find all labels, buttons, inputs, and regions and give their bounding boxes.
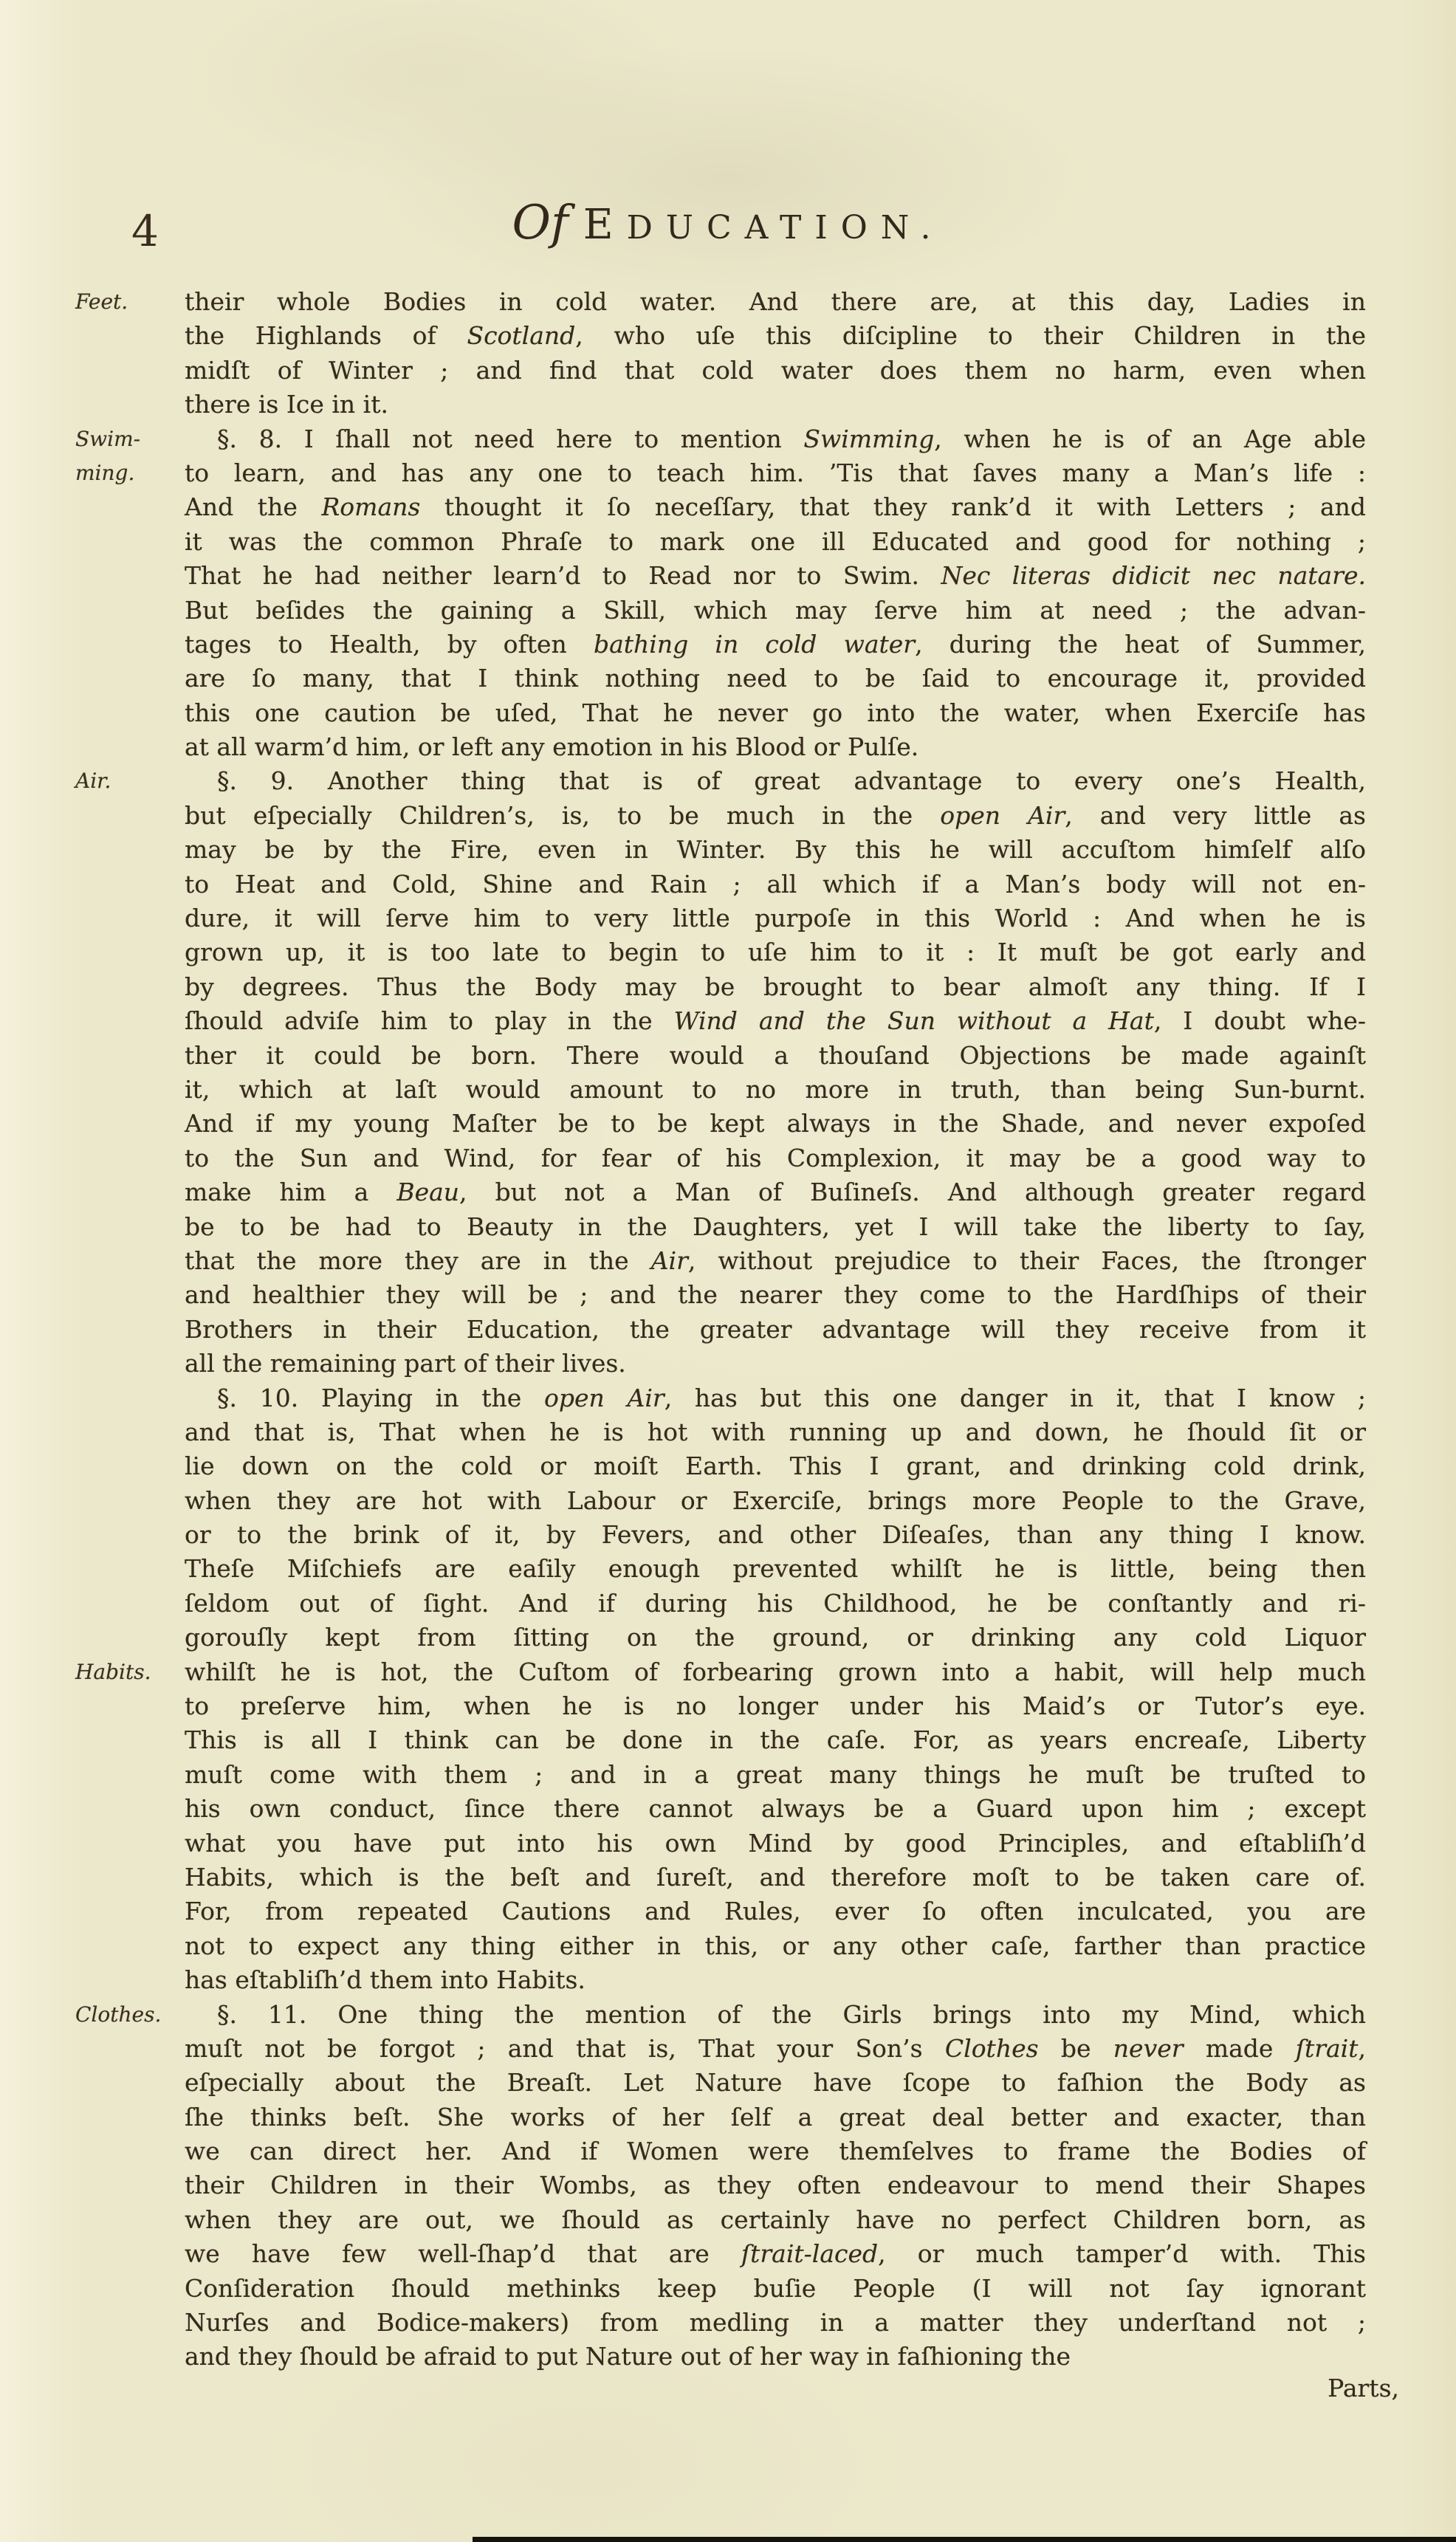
text-line: may be by the Fire, even in Winter. By t… [185,833,1366,867]
margin-note: ming. [75,456,180,490]
text-line: That he had neither learn’d to Read nor … [185,559,1366,593]
body-text: when they are out, we ſhould as certainl… [185,2205,1366,2234]
body-text: there is Ice in it. [185,390,388,419]
text-line: ſhould adviſe him to play in the Wind an… [185,1004,1366,1038]
text-line: there is Ice in it. [185,388,1366,422]
body-text: Brothers in their Education, the greater… [185,1315,1366,1344]
body-text: §. 10. Playing in the [217,1384,544,1412]
text-block: Feet.their whole Bodies in cold water. A… [185,285,1366,2374]
body-text: And if my young Maſter be to be kept alw… [185,1109,1366,1138]
body-text: Habits, which is the beſt and ſureſt, an… [185,1863,1366,1892]
body-text: muſt not be forgot ; and that is, That y… [185,2034,945,2063]
text-line: at all warm’d him, or left any emotion i… [185,730,1366,764]
body-text: §. 11. One thing the mention of the Girl… [217,2000,1366,2029]
emphasis-text: open Air [940,801,1065,830]
text-line: but eſpecially Children’s, is, to be muc… [185,799,1366,833]
body-text: This is all I think can be done in the c… [185,1725,1366,1754]
body-text: , and very little as [1065,801,1366,830]
body-text: , but not a Man of Buſineſs. And althoug… [459,1178,1366,1206]
text-line: has eſtabliſh’d them into Habits. [185,1963,1366,1997]
body-text: grown up, it is too late to begin to uſe… [185,938,1366,966]
emphasis-text: Wind and the Sun without a Hat [674,1006,1154,1035]
body-text: Theſe Miſchiefs are eaſily enough preven… [185,1554,1366,1583]
margin-note: Habits. [75,1655,180,1689]
emphasis-text: Nec literas didicit nec natare. [941,561,1366,590]
header-of: Of [512,196,569,250]
text-line: we can direct her. And if Women were the… [185,2134,1366,2168]
text-line: grown up, it is too late to begin to uſe… [185,935,1366,969]
body-text: whilſt he is hot, the Cuſtom of forbeari… [185,1658,1366,1686]
body-text: and healthier they will be ; and the nea… [185,1280,1366,1309]
text-line: eſpecially about the Breaſt. Let Nature … [185,2066,1366,2100]
body-text: at all warm’d him, or left any emotion i… [185,732,918,761]
text-line: Brothers in their Education, the greater… [185,1313,1366,1347]
body-text: , when he is of an Age able [934,425,1366,453]
text-line: Habits.whilſt he is hot, the Cuſtom of f… [185,1655,1366,1689]
emphasis-text: Romans [321,492,420,521]
body-text: For, from repeated Cautions and Rules, e… [185,1897,1366,1926]
text-line: dure, it will ſerve him to very little p… [185,901,1366,935]
body-text: all the remaining part of their lives. [185,1349,626,1378]
body-text: has eſtabliſh’d them into Habits. [185,1965,586,1994]
body-text: But beſides the gaining a Skill, which m… [185,596,1366,625]
body-text: eſpecially about the Breaſt. Let Nature … [185,2068,1366,2097]
body-text: to Heat and Cold, Shine and Rain ; all w… [185,870,1366,899]
body-text: gorouſly kept from ſitting on the ground… [185,1623,1366,1652]
text-line: ſeldom out of ſight. And if during his C… [185,1587,1366,1621]
body-text: to preſerve him, when he is no longer un… [185,1691,1366,1720]
text-line: we have few well-ſhap’d that are ſtrait-… [185,2237,1366,2271]
text-line: ſhe thinks beſt. She works of her ſelf a… [185,2100,1366,2134]
text-line: Swim-§. 8. I ſhall not need here to ment… [185,422,1366,456]
body-text: ther it could be born. There would a tho… [185,1041,1366,1070]
body-text: §. 9. Another thing that is of great adv… [217,766,1366,795]
body-text: And the [185,492,321,521]
text-line: by degrees. Thus the Body may be brought… [185,970,1366,1004]
body-text: their Children in their Wombs, as they o… [185,2171,1366,2199]
body-text: by degrees. Thus the Body may be brought… [185,972,1366,1001]
header-title-initial: E [583,201,627,249]
body-text: make him a [185,1178,396,1206]
body-text: to learn, and has any one to teach him. … [185,458,1366,487]
book-page: 4 OfEDUCATION. Feet.their whole Bodies i… [0,0,1456,2542]
body-text: his own conduct, ſince there cannot alwa… [185,1794,1366,1823]
text-line: muſt not be forgot ; and that is, That y… [185,2032,1366,2066]
body-text: dure, it will ſerve him to very little p… [185,904,1366,932]
body-text: to the Sun and Wind, for fear of his Com… [185,1144,1366,1172]
header-title: DUCATION. [627,209,944,247]
text-line: Conſideration ſhould methinks keep buſie… [185,2272,1366,2306]
text-line: his own conduct, ſince there cannot alwa… [185,1792,1366,1826]
body-text: it, which at laſt would amount to no mor… [185,1075,1366,1104]
page-header: OfEDUCATION. [0,199,1456,247]
text-line: the Highlands of Scotland, who uſe this … [185,319,1366,353]
body-text: tages to Health, by often [185,630,594,659]
text-line: Habits, which is the beſt and ſureſt, an… [185,1861,1366,1895]
emphasis-text: Beau [396,1178,459,1206]
text-line: are ſo many, that I think nothing need t… [185,662,1366,695]
body-text: are ſo many, that I think nothing need t… [185,664,1366,693]
body-text: but eſpecially Children’s, is, to be muc… [185,801,940,830]
text-line: muſt come with them ; and in a great man… [185,1758,1366,1792]
margin-note: Swim- [75,422,180,456]
text-line: lie down on the cold or moiſt Earth. Thi… [185,1449,1366,1483]
text-line: their Children in their Wombs, as they o… [185,2168,1366,2202]
body-text: or to the brink of it, by Fevers, and ot… [185,1520,1366,1549]
body-text: ſhould adviſe him to play in the [185,1006,674,1035]
body-text: , who uſe this diſcipline to their Child… [575,321,1366,350]
body-text: this one caution be uſed, That he never … [185,698,1366,727]
text-line: it, which at laſt would amount to no mor… [185,1073,1366,1107]
text-line: not to expect any thing either in this, … [185,1929,1366,1963]
text-line: when they are hot with Labour or Exerciſ… [185,1484,1366,1518]
body-text: be to be had to Beauty in the Daughters,… [185,1212,1366,1241]
text-line: And the Romans thought it ſo neceſſary, … [185,490,1366,524]
text-line: Feet.their whole Bodies in cold water. A… [185,285,1366,319]
body-text: lie down on the cold or moiſt Earth. Thi… [185,1452,1366,1480]
text-line: Air.§. 9. Another thing that is of great… [185,764,1366,798]
emphasis-text: ſtrait-laced [741,2239,878,2268]
body-text: §. 8. I ſhall not need here to mention [217,425,803,453]
emphasis-text: Scotland [467,321,575,350]
body-text: ſhe thinks beſt. She works of her ſelf a… [185,2103,1366,2131]
body-text: and that is, That when he is hot with ru… [185,1418,1366,1446]
body-text: ſeldom out of ſight. And if during his C… [185,1589,1366,1618]
text-line: But beſides the gaining a Skill, which m… [185,594,1366,628]
body-text: , without prejudice to their Faces, the … [688,1246,1366,1275]
body-text: may be by the Fire, even in Winter. By t… [185,835,1366,864]
body-text: muſt come with them ; and in a great man… [185,1760,1366,1789]
text-line: Theſe Miſchiefs are eaſily enough preven… [185,1552,1366,1586]
body-text: made [1184,2034,1296,2063]
text-line: ming.to learn, and has any one to teach … [185,456,1366,490]
text-line: This is all I think can be done in the c… [185,1723,1366,1757]
body-text: their whole Bodies in cold water. And th… [185,287,1366,316]
text-line: Nurſes and Bodice-makers) from medling i… [185,2306,1366,2340]
body-text: , has but this one danger in it, that I … [665,1384,1366,1412]
text-line: that the more they are in the Air, witho… [185,1244,1366,1278]
body-text: , I doubt whe- [1154,1006,1366,1035]
text-line: all the remaining part of their lives. [185,1347,1366,1381]
text-line: And if my young Maſter be to be kept alw… [185,1107,1366,1141]
text-line: be to be had to Beauty in the Daughters,… [185,1210,1366,1244]
text-line: this one caution be uſed, That he never … [185,696,1366,730]
emphasis-text: ſtrait [1296,2034,1359,2063]
body-text: midſt of Winter ; and find that cold wat… [185,356,1366,385]
emphasis-text: open Air [544,1384,665,1412]
text-line: Clothes.§. 11. One thing the mention of … [185,1998,1366,2032]
margin-note: Clothes. [75,1998,180,2032]
text-line: ther it could be born. There would a tho… [185,1039,1366,1073]
text-line: For, from repeated Cautions and Rules, e… [185,1895,1366,1928]
text-line: when they are out, we ſhould as certainl… [185,2203,1366,2237]
text-line: it was the common Phraſe to mark one ill… [185,525,1366,559]
text-line: or to the brink of it, by Fevers, and ot… [185,1518,1366,1552]
text-line: gorouſly kept from ſitting on the ground… [185,1621,1366,1655]
text-line: midſt of Winter ; and find that cold wat… [185,354,1366,388]
catchword: Parts, [1328,2371,1399,2405]
body-text: it was the common Phraſe to mark one ill… [185,527,1366,556]
text-line: and healthier they will be ; and the nea… [185,1278,1366,1312]
body-text: thought it ſo neceſſary, that they rank’… [420,492,1366,521]
emphasis-text: Air [651,1246,688,1275]
text-line: §. 10. Playing in the open Air, has but … [185,1381,1366,1415]
emphasis-text: Swimming [803,425,934,453]
body-text: , [1359,2034,1367,2063]
text-line: what you have put into his own Mind by g… [185,1827,1366,1861]
text-line: to preſerve him, when he is no longer un… [185,1689,1366,1723]
body-text: that the more they are in the [185,1246,651,1275]
margin-note: Air. [75,764,180,798]
text-line: to the Sun and Wind, for fear of his Com… [185,1141,1366,1175]
emphasis-text: never [1113,2034,1184,2063]
body-text: the Highlands of [185,321,467,350]
body-text: what you have put into his own Mind by g… [185,1829,1366,1858]
body-text: be [1039,2034,1113,2063]
body-text: we can direct her. And if Women were the… [185,2137,1366,2165]
text-line: make him a Beau, but not a Man of Buſine… [185,1175,1366,1209]
body-text: Nurſes and Bodice-makers) from medling i… [185,2308,1366,2337]
body-text: when they are hot with Labour or Exerciſ… [185,1486,1366,1515]
scan-artifact-bar [473,2537,1456,2542]
emphasis-text: Clothes [945,2034,1039,2063]
body-text: not to expect any thing either in this, … [185,1931,1366,1960]
margin-note: Feet. [75,285,180,319]
emphasis-text: bathing in cold water [594,630,915,659]
text-line: and that is, That when he is hot with ru… [185,1415,1366,1449]
body-text: and they ſhould be afraid to put Nature … [185,2342,1071,2371]
body-text: , or much tamper’d with. This [878,2239,1366,2268]
body-text: we have few well-ſhap’d that are [185,2239,741,2268]
text-line: and they ſhould be afraid to put Nature … [185,2340,1366,2374]
body-text: That he had neither learn’d to Read nor … [185,561,941,590]
text-line: to Heat and Cold, Shine and Rain ; all w… [185,868,1366,901]
body-text: Conſideration ſhould methinks keep buſie… [185,2274,1366,2303]
body-text: , during the heat of Summer, [915,630,1366,659]
text-line: tages to Health, by often bathing in col… [185,628,1366,662]
